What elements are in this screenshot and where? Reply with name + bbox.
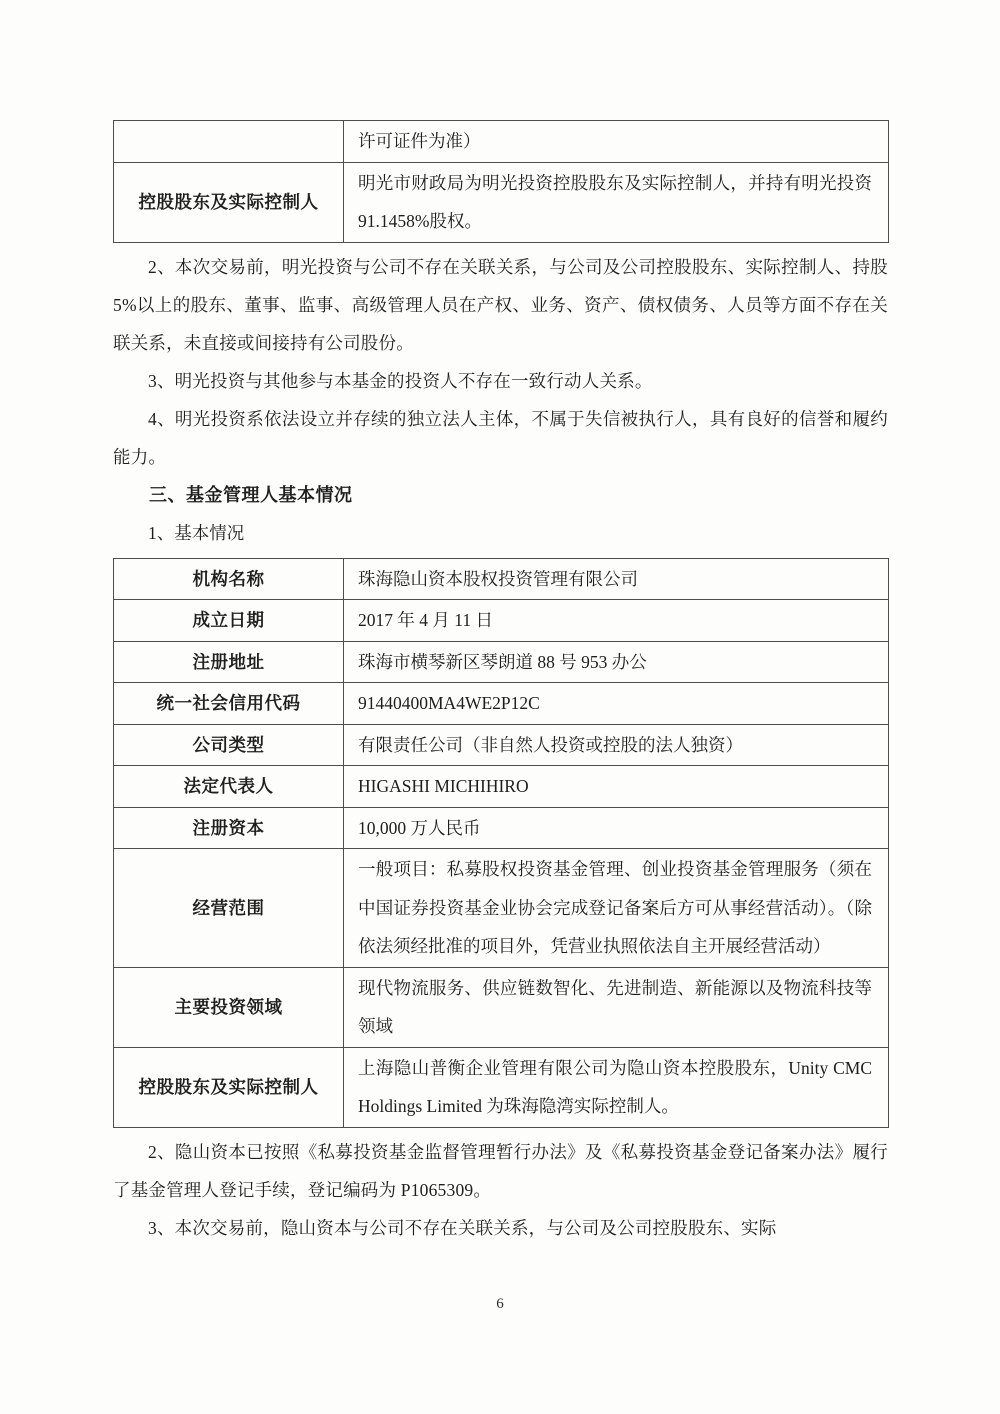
table-row: 成立日期 2017 年 4 月 11 日 — [114, 600, 889, 642]
table-row: 机构名称 珠海隐山资本股权投资管理有限公司 — [114, 558, 889, 600]
row-label: 控股股东及实际控制人 — [114, 1047, 344, 1127]
document-page: 许可证件为准） 控股股东及实际控制人 明光市财政局为明光投资控股股东及实际控制人… — [0, 0, 1000, 1414]
investor-paragraphs: 2、本次交易前，明光投资与公司不存在关联关系，与公司及公司控股股东、实际控制人、… — [113, 248, 888, 476]
table-row: 注册地址 珠海市横琴新区琴朗道 88 号 953 办公 — [114, 641, 889, 683]
manager-info-table: 机构名称 珠海隐山资本股权投资管理有限公司 成立日期 2017 年 4 月 11… — [113, 558, 889, 1128]
row-label: 机构名称 — [114, 558, 344, 600]
row-value: 2017 年 4 月 11 日 — [344, 600, 889, 642]
paragraph: 3、本次交易前，隐山资本与公司不存在关联关系，与公司及公司控股股东、实际 — [113, 1209, 888, 1247]
row-value: 一般项目：私募股权投资基金管理、创业投资基金管理服务（须在中国证券投资基金业协会… — [344, 849, 889, 968]
table-row: 统一社会信用代码 91440400MA4WE2P12C — [114, 683, 889, 725]
investor-info-table: 许可证件为准） 控股股东及实际控制人 明光市财政局为明光投资控股股东及实际控制人… — [113, 120, 889, 243]
section-heading: 三、基金管理人基本情况 — [113, 476, 888, 514]
table-row: 法定代表人 HIGASHI MICHIHIRO — [114, 766, 889, 808]
table-row: 控股股东及实际控制人 上海隐山普衡企业管理有限公司为隐山资本控股股东，Unity… — [114, 1047, 889, 1127]
row-label: 注册资本 — [114, 807, 344, 849]
table-row: 公司类型 有限责任公司（非自然人投资或控股的法人独资） — [114, 724, 889, 766]
row-label: 成立日期 — [114, 600, 344, 642]
row-value: HIGASHI MICHIHIRO — [344, 766, 889, 808]
table-row: 经营范围 一般项目：私募股权投资基金管理、创业投资基金管理服务（须在中国证券投资… — [114, 849, 889, 968]
row-value: 10,000 万人民币 — [344, 807, 889, 849]
row-value: 有限责任公司（非自然人投资或控股的法人独资） — [344, 724, 889, 766]
row-value: 上海隐山普衡企业管理有限公司为隐山资本控股股东，Unity CMC Holdin… — [344, 1047, 889, 1127]
row-value: 许可证件为准） — [344, 121, 889, 163]
row-label: 注册地址 — [114, 641, 344, 683]
table-row: 控股股东及实际控制人 明光市财政局为明光投资控股股东及实际控制人，并持有明光投资… — [114, 162, 889, 242]
paragraph: 4、明光投资系依法设立并存续的独立法人主体，不属于失信被执行人，具有良好的信誉和… — [113, 400, 888, 476]
row-value: 现代物流服务、供应链数智化、先进制造、新能源以及物流科技等领域 — [344, 967, 889, 1047]
row-label: 经营范围 — [114, 849, 344, 968]
paragraph: 3、明光投资与其他参与本基金的投资人不存在一致行动人关系。 — [113, 362, 888, 400]
row-value: 明光市财政局为明光投资控股股东及实际控制人，并持有明光投资 91.1458%股权… — [344, 162, 889, 242]
table-row: 主要投资领域 现代物流服务、供应链数智化、先进制造、新能源以及物流科技等领域 — [114, 967, 889, 1047]
manager-paragraphs: 2、隐山资本已按照《私募投资基金监督管理暂行办法》及《私募投资基金登记备案办法》… — [113, 1133, 888, 1247]
paragraph: 2、隐山资本已按照《私募投资基金监督管理暂行办法》及《私募投资基金登记备案办法》… — [113, 1133, 888, 1209]
table-row: 注册资本 10,000 万人民币 — [114, 807, 889, 849]
row-value: 珠海隐山资本股权投资管理有限公司 — [344, 558, 889, 600]
row-label: 法定代表人 — [114, 766, 344, 808]
row-label: 统一社会信用代码 — [114, 683, 344, 725]
page-number: 6 — [0, 1296, 1000, 1313]
paragraph: 2、本次交易前，明光投资与公司不存在关联关系，与公司及公司控股股东、实际控制人、… — [113, 248, 888, 362]
row-label: 控股股东及实际控制人 — [114, 162, 344, 242]
row-value: 珠海市横琴新区琴朗道 88 号 953 办公 — [344, 641, 889, 683]
row-label: 主要投资领域 — [114, 967, 344, 1047]
row-value: 91440400MA4WE2P12C — [344, 683, 889, 725]
table-row: 许可证件为准） — [114, 121, 889, 163]
row-label — [114, 121, 344, 163]
sub-heading: 1、基本情况 — [113, 514, 888, 552]
row-label: 公司类型 — [114, 724, 344, 766]
page-content: 许可证件为准） 控股股东及实际控制人 明光市财政局为明光投资控股股东及实际控制人… — [113, 0, 888, 1247]
